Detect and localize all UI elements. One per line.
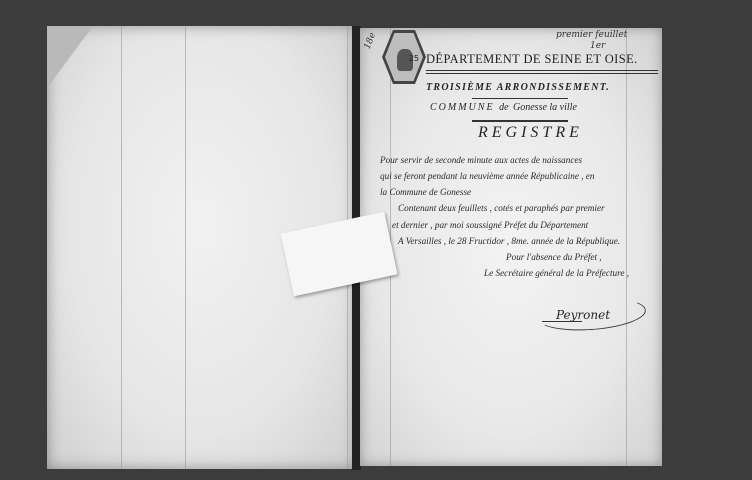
handwritten-folio: 1er: [590, 41, 605, 51]
handwritten-note: premier feuillet: [556, 30, 627, 40]
text-line: Contenant deux feuillets , cotés et para…: [398, 203, 605, 213]
scanned-document: 18e premier feuillet 1er 25 DÉPARTEMENT …: [0, 0, 752, 480]
commune-prefix: de: [499, 102, 508, 113]
commune-name: Gonesse la ville: [513, 102, 577, 113]
text-line: la Commune de Gonesse: [380, 187, 471, 197]
signature: Peyronet: [556, 308, 610, 322]
document-title: REGISTRE: [478, 124, 583, 142]
text-line: et dernier , par moi soussigné Préfet du…: [392, 220, 588, 230]
ruled-line: [121, 26, 122, 469]
stamp-number: 25: [409, 54, 419, 63]
text-line: Le Secrétaire général de la Préfecture ,: [484, 268, 629, 278]
seal-stamp-icon: 25: [382, 30, 426, 84]
signature-underline: [542, 321, 582, 322]
double-rule: [426, 70, 658, 74]
folded-corner: [47, 26, 93, 88]
text-line: Pour l'absence du Préfet ,: [506, 252, 602, 262]
text-line: qui se feront pendant la neuvième année …: [380, 171, 594, 181]
text-line: A Versailles , le 28 Fructidor , 8me. an…: [398, 236, 620, 246]
commune-line: COMMUNE de Gonesse la ville: [430, 102, 577, 113]
divider: [472, 120, 568, 122]
ruled-line: [185, 26, 186, 469]
commune-label: COMMUNE: [430, 102, 495, 113]
margin-note: 18e: [363, 31, 378, 50]
department-heading: DÉPARTEMENT DE SEINE ET OISE.: [426, 52, 638, 67]
right-page-register: 18e premier feuillet 1er 25 DÉPARTEMENT …: [360, 28, 662, 466]
ruled-line: [626, 28, 627, 466]
text-line: Pour servir de seconde minute aux actes …: [380, 155, 582, 165]
divider: [472, 98, 568, 99]
arrondissement-heading: TROISIÈME ARRONDISSEMENT.: [426, 82, 610, 93]
